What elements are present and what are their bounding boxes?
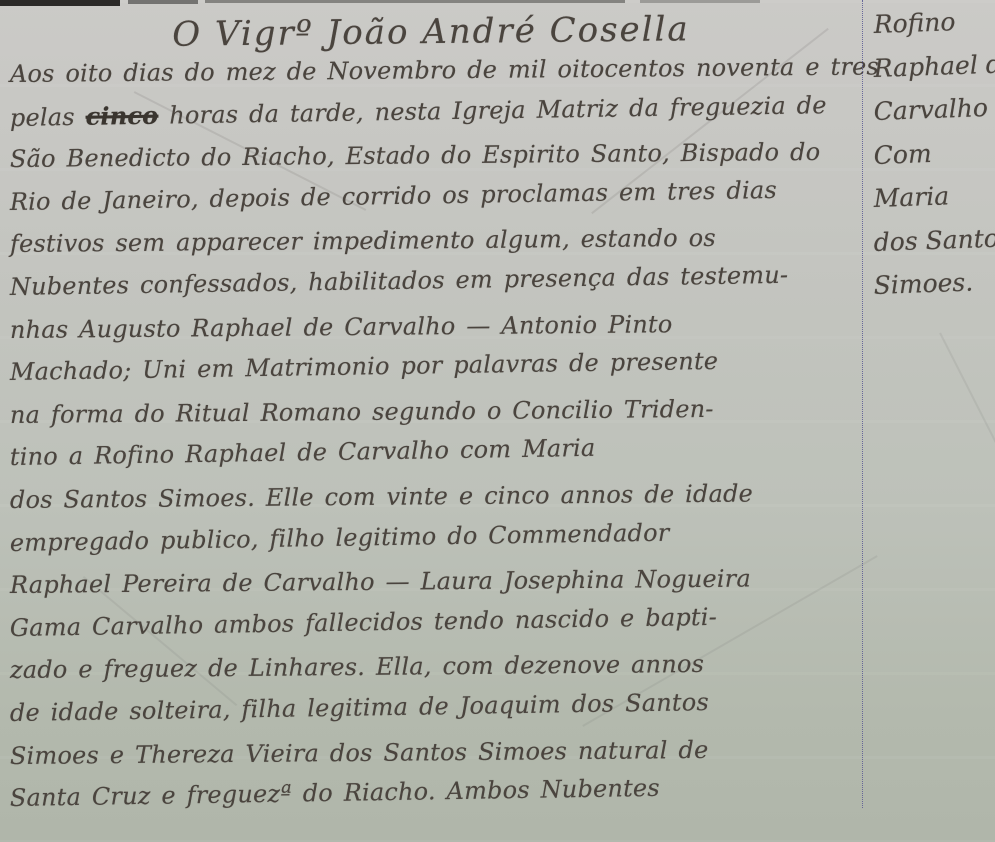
margin-annotation: RofinoRaphael dCarvalhoComMariados Santo…: [874, 10, 994, 315]
record-body: Aos oito dias do mez de Novembro de mil …: [10, 60, 865, 827]
margin-rule-line: [862, 0, 863, 808]
record-title: O Vigrº João André Cosella: [0, 7, 862, 56]
margin-annotation-line: Raphael d: [873, 49, 994, 97]
margin-annotation-line: Maria: [873, 180, 994, 228]
line-text: pelas: [10, 102, 86, 131]
margin-annotation-line: dos Santos: [873, 223, 994, 271]
margin-annotation-line: Rofino: [873, 6, 994, 54]
struck-word: cinco: [85, 100, 158, 130]
pencil-scratch: [939, 333, 995, 530]
margin-annotation-line: Carvalho: [873, 93, 994, 141]
margin-annotation-line: Com: [873, 136, 994, 184]
cutoff-text-artifact: [128, 0, 198, 4]
cutoff-text-artifact: [640, 0, 760, 3]
margin-annotation-line: Simoes.: [873, 267, 994, 315]
cutoff-text-artifact: [0, 0, 120, 6]
cutoff-text-artifact: [205, 0, 625, 3]
manuscript-page: O Vigrº João André Cosella Aos oito dias…: [0, 0, 995, 842]
